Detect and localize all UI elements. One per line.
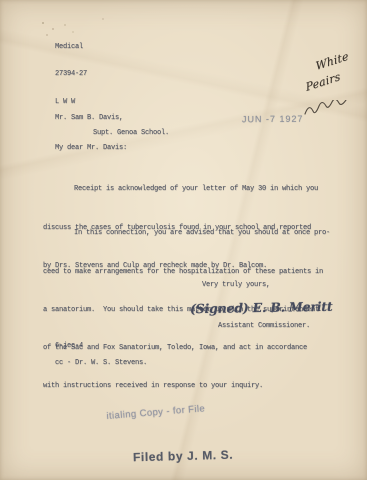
file-code-number: 27394-27 <box>55 70 87 79</box>
date-received-stamp: JUN -7 1927 <box>242 114 304 125</box>
closing-line: Very truly yours, <box>202 281 270 289</box>
letter-scan: Medical 27394-27 L W W White Peairs JUN … <box>0 0 367 480</box>
handwriting-scribble <box>303 100 351 118</box>
handwritten-line: White <box>315 49 350 73</box>
reference-code: 6-jec-4 <box>55 342 83 350</box>
signature-stamp: (Signed) E. B. Meritt <box>190 299 333 316</box>
body-line: ceed to make arrangements for the hospit… <box>43 266 335 279</box>
filed-by-stamp: Filed by J. M. S. <box>133 448 234 465</box>
cc-line: cc - Dr. W. S. Stevens. <box>55 359 147 367</box>
handwritten-note: White Peairs <box>300 56 364 118</box>
body-line: with instructions received in response t… <box>43 380 335 393</box>
recipient-title: Supt. Genoa School. <box>93 129 169 137</box>
salutation: My dear Mr. Davis: <box>55 144 127 152</box>
recipient-name: Mr. Sam B. Davis, <box>55 114 123 122</box>
body-line: Receipt is acknowledged of your letter o… <box>43 183 335 196</box>
file-code-subject: Medical <box>55 43 87 52</box>
paper-speckles <box>42 22 44 24</box>
signature-title: Assistant Commissioner. <box>218 322 310 330</box>
file-codes: Medical 27394-27 L W W <box>55 24 87 126</box>
body-line: of the Sac and Fox Sanatorium, Toledo, I… <box>43 342 335 355</box>
handwritten-line: Peairs <box>305 70 342 94</box>
file-code-initials: L W W <box>55 98 87 107</box>
body-line: In this connection, you are advised that… <box>43 227 335 240</box>
